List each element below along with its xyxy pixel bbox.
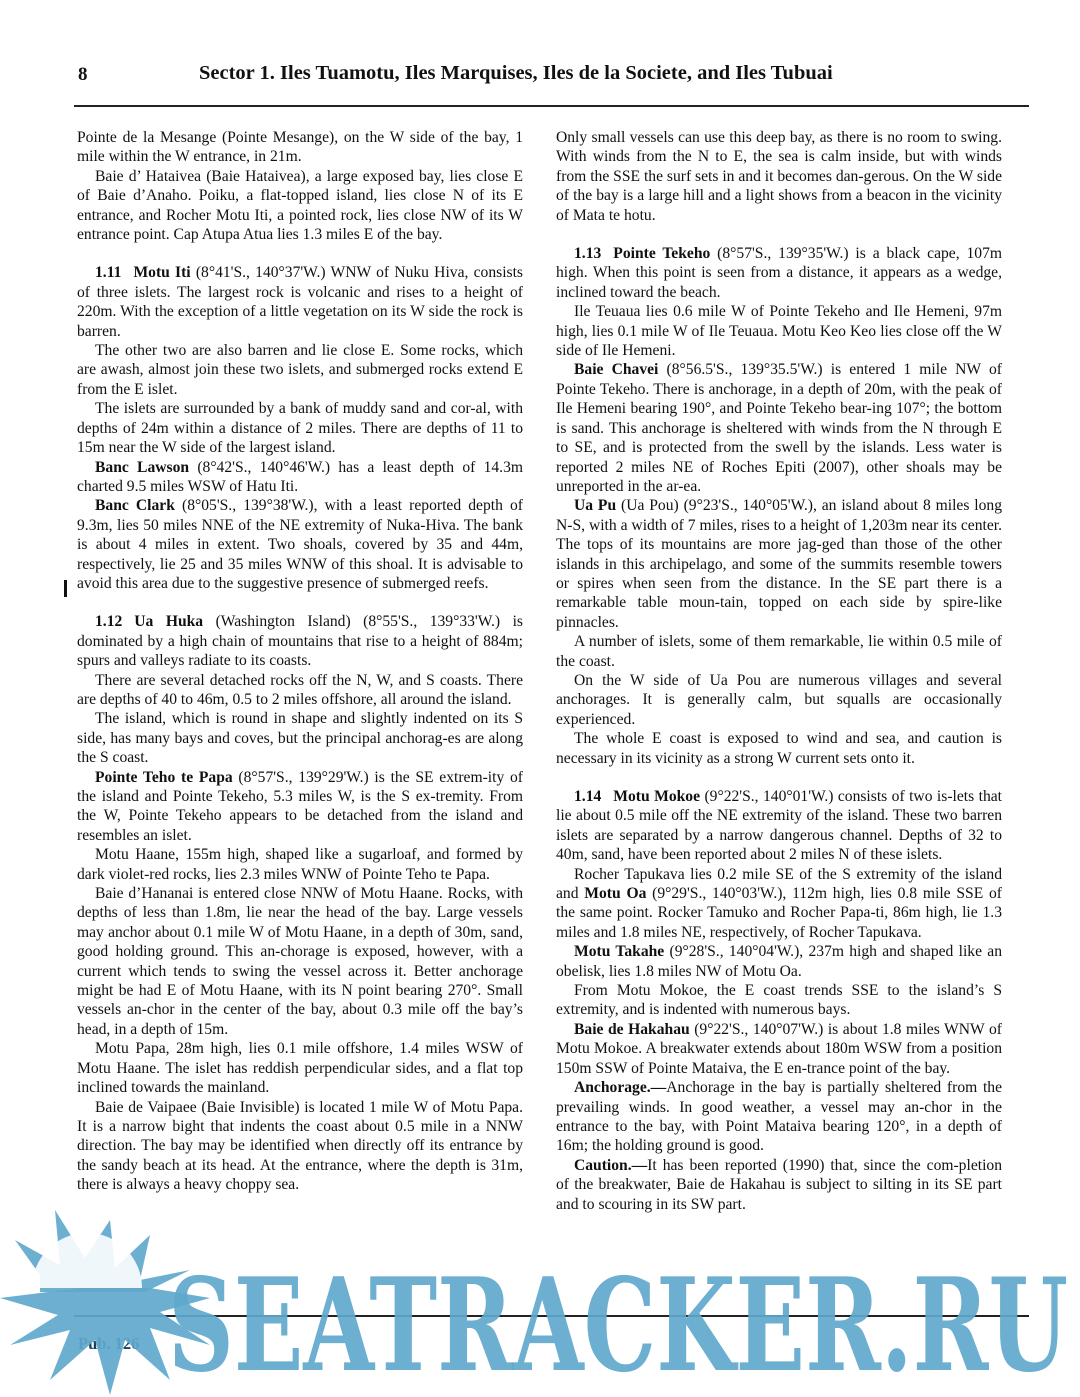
section-1-14: 1.14Motu Mokoe (9°22'S., 140°01'W.) cons… <box>556 787 1002 865</box>
paragraph-anchorage: Anchorage.—Anchorage in the bay is parti… <box>556 1078 1002 1156</box>
paragraph-banc-lawson: Banc Lawson (8°42'S., 140°46'W.) has a l… <box>77 458 523 497</box>
section-1-13: 1.13Pointe Tekeho (8°57'S., 139°35'W.) i… <box>556 244 1002 302</box>
paragraph-caution: Caution.—It has been reported (1990) tha… <box>556 1156 1002 1214</box>
paragraph-motu-takahe: Motu Takahe (9°28'S., 140°04'W.), 237m h… <box>556 942 1002 981</box>
left-column: Pointe de la Mesange (Pointe Mesange), o… <box>77 128 523 1195</box>
feature-title: Pointe Teho te Papa <box>95 769 233 786</box>
feature-title: Banc Clark <box>95 497 175 514</box>
header-rule <box>74 105 1029 107</box>
paragraph: A number of islets, some of them remarka… <box>556 632 1002 671</box>
feature-title: Ua Pu <box>574 497 616 514</box>
paragraph: The islets are surrounded by a bank of m… <box>77 399 523 457</box>
section-title: Motu Mokoe <box>613 788 700 805</box>
page-number: 8 <box>78 64 88 86</box>
section-title: Pointe Tekeho <box>613 245 710 262</box>
section-1-11: 1.11Motu Iti (8°41'S., 140°37'W.) WNW of… <box>77 263 523 341</box>
paragraph-baie-chavei: Baie Chavei (8°56.5'S., 139°35.5'W.) is … <box>556 360 1002 496</box>
section-number: 1.13 <box>574 245 601 262</box>
paragraph: The whole E coast is exposed to wind and… <box>556 729 1002 768</box>
change-bar <box>64 580 67 597</box>
feature-title: Banc Lawson <box>95 459 189 476</box>
section-number: 1.11 <box>95 264 121 281</box>
section-number: 1.12 <box>95 613 122 630</box>
paragraph: Baie d’ Hataivea (Baie Hataivea), a larg… <box>77 167 523 245</box>
paragraph-banc-clark: Banc Clark (8°05'S., 139°38'W.), with a … <box>77 496 523 593</box>
feature-title: Motu Oa <box>584 885 646 902</box>
section-title: Motu Iti <box>133 264 190 281</box>
paragraph-baie-de-hakahau: Baie de Hakahau (9°22'S., 140°07'W.) is … <box>556 1020 1002 1078</box>
paragraph: There are several detached rocks off the… <box>77 671 523 710</box>
paragraph: Motu Haane, 155m high, shaped like a sug… <box>77 845 523 884</box>
section-title: Ua Huka <box>134 613 203 630</box>
publication-label: Pub. 126 <box>78 1334 139 1354</box>
watermark-text: SEATRACKER.RU <box>168 1251 1068 1397</box>
paragraph: The island, which is round in shape and … <box>77 709 523 767</box>
paragraph: The other two are also barren and lie cl… <box>77 341 523 399</box>
paragraph: Pointe de la Mesange (Pointe Mesange), o… <box>77 128 523 167</box>
feature-title: Anchorage.— <box>574 1079 666 1096</box>
running-title: Sector 1. Iles Tuamotu, Iles Marquises, … <box>199 62 833 85</box>
section-number: 1.14 <box>574 788 601 805</box>
feature-text: (Ua Pou) (9°23'S., 140°05'W.), an island… <box>556 497 1002 630</box>
feature-title: Baie Chavei <box>574 361 658 378</box>
paragraph: Baie de Vaipaee (Baie Invisible) is loca… <box>77 1098 523 1195</box>
feature-title: Caution.— <box>574 1157 647 1174</box>
paragraph-pointe-teho: Pointe Teho te Papa (8°57'S., 139°29'W.)… <box>77 768 523 846</box>
feature-title: Baie de Hakahau <box>574 1021 690 1038</box>
paragraph-rocher-tapukava: Rocher Tapukava lies 0.2 mile SE of the … <box>556 865 1002 943</box>
feature-title: Motu Takahe <box>574 943 664 960</box>
paragraph: Ile Teuaua lies 0.6 mile W of Pointe Tek… <box>556 302 1002 360</box>
paragraph: On the W side of Ua Pou are numerous vil… <box>556 671 1002 729</box>
paragraph: From Motu Mokoe, the E coast trends SSE … <box>556 981 1002 1020</box>
paragraph: Motu Papa, 28m high, lies 0.1 mile offsh… <box>77 1039 523 1097</box>
section-1-12: 1.12Ua Huka (Washington Island) (8°55'S.… <box>77 612 523 670</box>
footer-rule <box>74 1315 1029 1317</box>
feature-text: (8°56.5'S., 139°35.5'W.) is entered 1 mi… <box>556 361 1002 494</box>
paragraph: Only small vessels can use this deep bay… <box>556 128 1002 225</box>
sun-logo-icon <box>0 1210 210 1395</box>
paragraph-ua-pu: Ua Pu (Ua Pou) (9°23'S., 140°05'W.), an … <box>556 496 1002 632</box>
right-column: Only small vessels can use this deep bay… <box>556 128 1002 1214</box>
paragraph: Baie d’Hananai is entered close NNW of M… <box>77 884 523 1039</box>
